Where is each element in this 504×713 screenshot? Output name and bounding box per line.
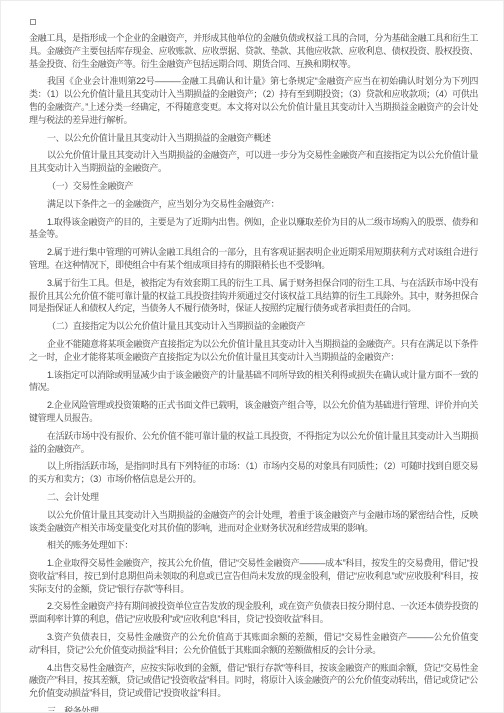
- paragraph: 2.企业风险管理或投资策略的正式书面文件已载明，该金融资产组合等，以公允价值为基…: [29, 399, 478, 425]
- paragraph: 企业不能随意将某项金融资产直接指定为以公允价值计量且其变动计入当期损益的金融资产…: [29, 338, 478, 364]
- paragraph: 相关的账务处理如下：: [29, 539, 478, 552]
- paragraph: 满足以下条件之一的金融资产，应当划分为交易性金融资产：: [29, 198, 478, 211]
- paragraph: 我国《企业会计准则第22号———金融工具确认和计量》第七条规定“金融资产应当在初…: [29, 75, 478, 126]
- paragraph: 3.属于衍生工具。但是，被指定为有效套期工具的衍生工具、属于财务担保合同的衍生工…: [29, 277, 478, 315]
- document-page: 金融工具，是指形成一个企业的金融资产，并形成其他单位的金融负债或权益工具的合同，…: [0, 0, 504, 713]
- section-heading: 三、税务处理: [29, 705, 478, 713]
- section-heading: 一、以公允价值计量且其变动计入当期损益的金融资产概述: [29, 132, 478, 145]
- paragraph: 1.企业取得交易性金融资产，按其公允价值，借记“交易性金融资产———成本”科目，…: [29, 557, 478, 595]
- section-heading: （一）交易性金融资产: [29, 180, 478, 193]
- paragraph: 2.交易性金融资产持有期间被投资单位宣告发放的现金股利，或在资产负债表日按分期付…: [29, 600, 478, 626]
- article-body: 金融工具，是指形成一个企业的金融资产，并形成其他单位的金融负债或权益工具的合同，…: [29, 32, 478, 713]
- paragraph: 以公允价值计量且其变动计入当期损益的金融资产，可以进一步分为交易性金融资产和直接…: [29, 149, 478, 175]
- paragraph: 4.出售交易性金融资产，应按实际收到的金额，借记“银行存款”等科目，按该金融资产…: [29, 662, 478, 700]
- paragraph: 以上所指活跃市场，是指同时具有下列特征的市场：（1）市场内交易的对象具有同质性；…: [29, 460, 478, 486]
- paragraph: 1.取得该金融资产的目的，主要是为了近期内出售。例如，企业以赚取差价为目的从二级…: [29, 216, 478, 242]
- paragraph: 3.资产负债表日，交易性金融资产的公允价值高于其账面余额的差额，借记“交易性金融…: [29, 631, 478, 657]
- paragraph: 2.属于进行集中管理的可辨认金融工具组合的一部分，且有客观证据表明企业近期采用短…: [29, 246, 478, 272]
- square-bullet-icon: [30, 19, 36, 25]
- section-heading: 二、会计处理: [29, 491, 478, 504]
- paragraph: 以公允价值计量且其变动计入当期损益的金融资产的会计处理，着重于该金融资产与金融市…: [29, 509, 478, 535]
- paragraph: 金融工具，是指形成一个企业的金融资产，并形成其他单位的金融负债或权益工具的合同，…: [29, 32, 478, 70]
- section-heading: （二）直接指定为以公允价值计量且其变动计入当期损益的金融资产: [29, 320, 478, 333]
- paragraph: 1.该指定可以消除或明显减少由于该金融资产的计量基础不同所导致的相关利得或损失在…: [29, 369, 478, 395]
- paragraph: 在活跃市场中没有报价、公允价值不能可靠计量的权益工具投资，不得指定为以公允价值计…: [29, 430, 478, 456]
